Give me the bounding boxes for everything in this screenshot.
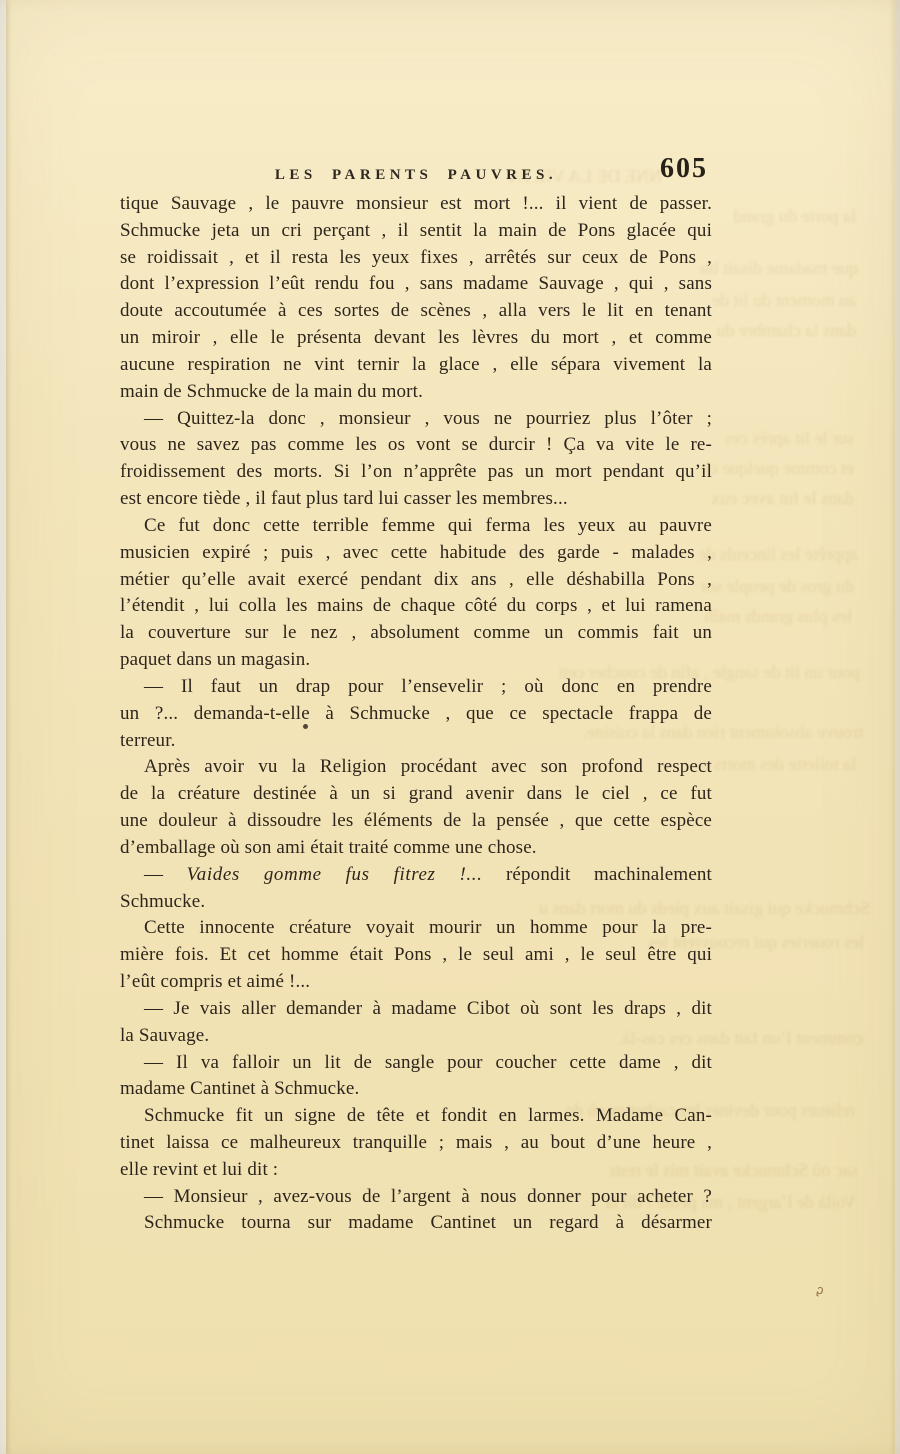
text-line: de la créature destinée à un si grand av… [120, 781, 712, 808]
text-line: dont l’expression l’eût rendu fou , sans… [120, 271, 712, 298]
text-line: se roidissait , et il resta les yeux fix… [120, 245, 712, 272]
italic-phrase: Vaides gomme fus fitrez !... [187, 864, 483, 885]
text-line: paquet dans un magasin. [120, 647, 712, 674]
ghost-text-line: dans la chambre du [712, 320, 856, 340]
text-line: terreur. [120, 728, 712, 755]
text-line: l’eût compris et aimé !... [120, 969, 712, 996]
text-line: — Quittez-la donc , monsieur , vous ne p… [120, 406, 712, 433]
text-line: — Il va falloir un lit de sangle pour co… [120, 1050, 712, 1077]
text-line: d’emballage où son ami était traité comm… [120, 835, 712, 862]
text-line: Schmucke jeta un cri perçant , il sentit… [120, 218, 712, 245]
text-line: froidissement des morts. Si l’on n’apprê… [120, 459, 712, 486]
text-run: — [144, 864, 187, 885]
text-line: — Monsieur , avez-vous de l’argent à nou… [120, 1184, 712, 1211]
text-line: madame Cantinet à Schmucke. [120, 1076, 712, 1103]
text-line: Après avoir vu la Religion procédant ave… [120, 754, 712, 781]
text-line: la Sauvage. [120, 1023, 712, 1050]
ghost-text-line: que madame disait bien [700, 258, 858, 278]
text-line: aucune respiration ne vint ternir la gla… [120, 352, 712, 379]
running-title: LES PARENTS PAUVRES. [120, 167, 712, 184]
text-line: Ce fut donc cette terrible femme qui fer… [120, 513, 712, 540]
page-number: 605 [660, 153, 708, 185]
text-line: un ?... demanda-t-elle à Schmucke , que … [120, 701, 712, 728]
ghost-text-line: la toilette des morts et [700, 754, 856, 774]
scan-edge-left [0, 0, 6, 1454]
text-line: — Vaides gomme fus fitrez !... répondit … [120, 862, 712, 889]
text-line: doute accoutumée à ces sortes de scènes … [120, 298, 712, 325]
text-line: tique Sauvage , le pauvre monsieur est m… [120, 191, 712, 218]
ghost-text-line: du gros de peuple sont [700, 576, 854, 596]
ghost-text-line: dans le fut avec eux [708, 488, 854, 508]
text-line: tinet laissa ce malheureux tranquille ; … [120, 1130, 712, 1157]
ghost-text-line: au moment du lit de [706, 290, 856, 310]
text-line: métier qu’elle avait exercé pendant dix … [120, 567, 712, 594]
text-line: vous ne savez pas comme les os vont se d… [120, 432, 712, 459]
text-line: un miroir , elle le présenta devant les … [120, 325, 712, 352]
text-line: la couverture sur le nez , absolument co… [120, 620, 712, 647]
ghost-text-line: la porte du grand [714, 206, 856, 226]
ink-speck [303, 724, 308, 729]
text-line: Schmucke. [120, 889, 712, 916]
text-line: Cette innocente créature voyait mourir u… [120, 915, 712, 942]
text-line: — Je vais aller demander à madame Cibot … [120, 996, 712, 1023]
text-line: musicien expiré ; puis , avec cette habi… [120, 540, 712, 567]
ghost-text-line: apprête les linceuls des [700, 544, 858, 564]
text-line: elle revint et lui dit : [120, 1157, 712, 1184]
text-line: Schmucke tourna sur madame Cantinet un r… [120, 1210, 712, 1237]
text-run: répondit machinalement [482, 864, 712, 885]
book-page-scan: NNE DE LA VIE PAla porte du grandque mad… [0, 0, 900, 1454]
text-line: — Il faut un drap pour l’ensevelir ; où … [120, 674, 712, 701]
text-line: mière fois. Et cet homme était Pons , le… [120, 942, 712, 969]
ghost-text-line: sur le lit après ces [702, 428, 854, 448]
body-text: tique Sauvage , le pauvre monsieur est m… [120, 191, 712, 1237]
text-line: l’étendit , lui colla les mains de chaqu… [120, 593, 712, 620]
text-line: est encore tiède , il faut plus tard lui… [120, 486, 712, 513]
scan-edge-right [895, 0, 900, 1454]
text-line: Schmucke fit un signe de tête et fondit … [120, 1103, 712, 1130]
paper-fiber-speck: ᶗ [815, 1281, 825, 1298]
text-line: main de Schmucke de la main du mort. [120, 379, 712, 406]
ghost-text-line: les plus grands malheurs [704, 606, 852, 626]
ghost-text-line: et comme quelque chose [700, 458, 854, 478]
text-line: une douleur à dissoudre les éléments de … [120, 808, 712, 835]
